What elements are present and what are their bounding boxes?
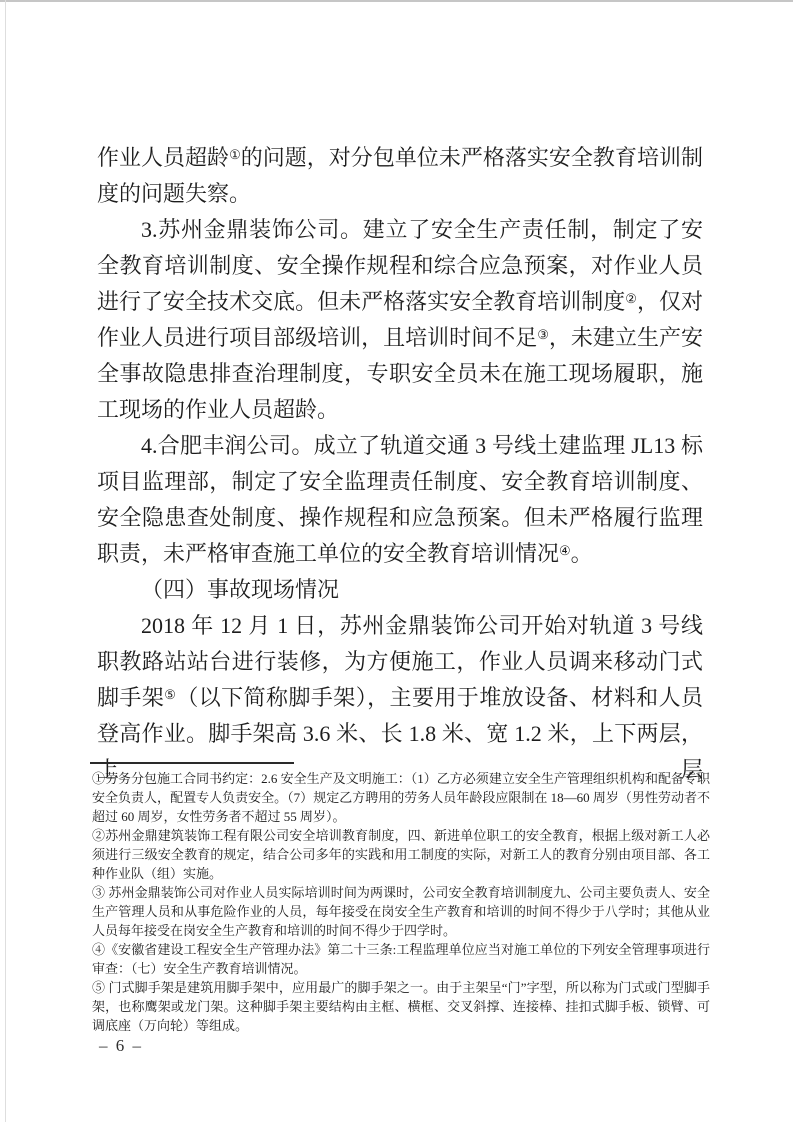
page-edge-line-top [0,0,793,2]
footnote-separator [90,762,294,764]
page-edge-line-left [5,0,6,1122]
page-number: – 6 – [99,1036,143,1056]
footnote-ref: ③ [537,327,549,342]
footnote: ⑤ 门式脚手架是建筑用脚手架中，应用最广的脚手架之一。由于主架呈“门”字型，所以… [92,978,710,1035]
body-text: 作业人员超龄①的问题，对分包单位未严格落实安全教育培训制度的问题失察。3.苏州金… [97,140,703,788]
body-paragraph: （四）事故现场情况 [97,572,703,608]
body-paragraph: 2018 年 12 月 1 日，苏州金鼎装饰公司开始对轨道 3 号线职教路站站台… [97,608,703,788]
body-paragraph: 4.合肥丰润公司。成立了轨道交通 3 号线土建监理 JL13 标项目监理部，制定… [97,428,703,572]
body-paragraph: 3.苏州金鼎装饰公司。建立了安全生产责任制，制定了安全教育培训制度、安全操作规程… [97,212,703,428]
body-paragraph: 作业人员超龄①的问题，对分包单位未严格落实安全教育培训制度的问题失察。 [97,140,703,212]
footnote: ④《安徽省建设工程安全生产管理办法》第二十三条:工程监理单位应当对施工单位的下列… [92,940,710,978]
footnote-ref: ⑤ [164,687,176,702]
footnote-ref: ① [229,147,241,162]
footnote-ref: ② [625,291,637,306]
document-page: 作业人员超龄①的问题，对分包单位未严格落实安全教育培训制度的问题失察。3.苏州金… [0,0,793,1122]
footnotes-block: ①劳务分包施工合同书约定：2.6 安全生产及文明施工：（1）乙方必须建立安全生产… [92,769,710,1035]
footnote: ②苏州金鼎建筑装饰工程有限公司安全培训教育制度，四、新进单位职工的安全教育，根据… [92,826,710,883]
footnote: ③ 苏州金鼎装饰公司对作业人员实际培训时间为两课时，公司安全教育培训制度九、公司… [92,883,710,940]
footnote: ①劳务分包施工合同书约定：2.6 安全生产及文明施工：（1）乙方必须建立安全生产… [92,769,710,826]
footnote-ref: ④ [559,543,571,558]
